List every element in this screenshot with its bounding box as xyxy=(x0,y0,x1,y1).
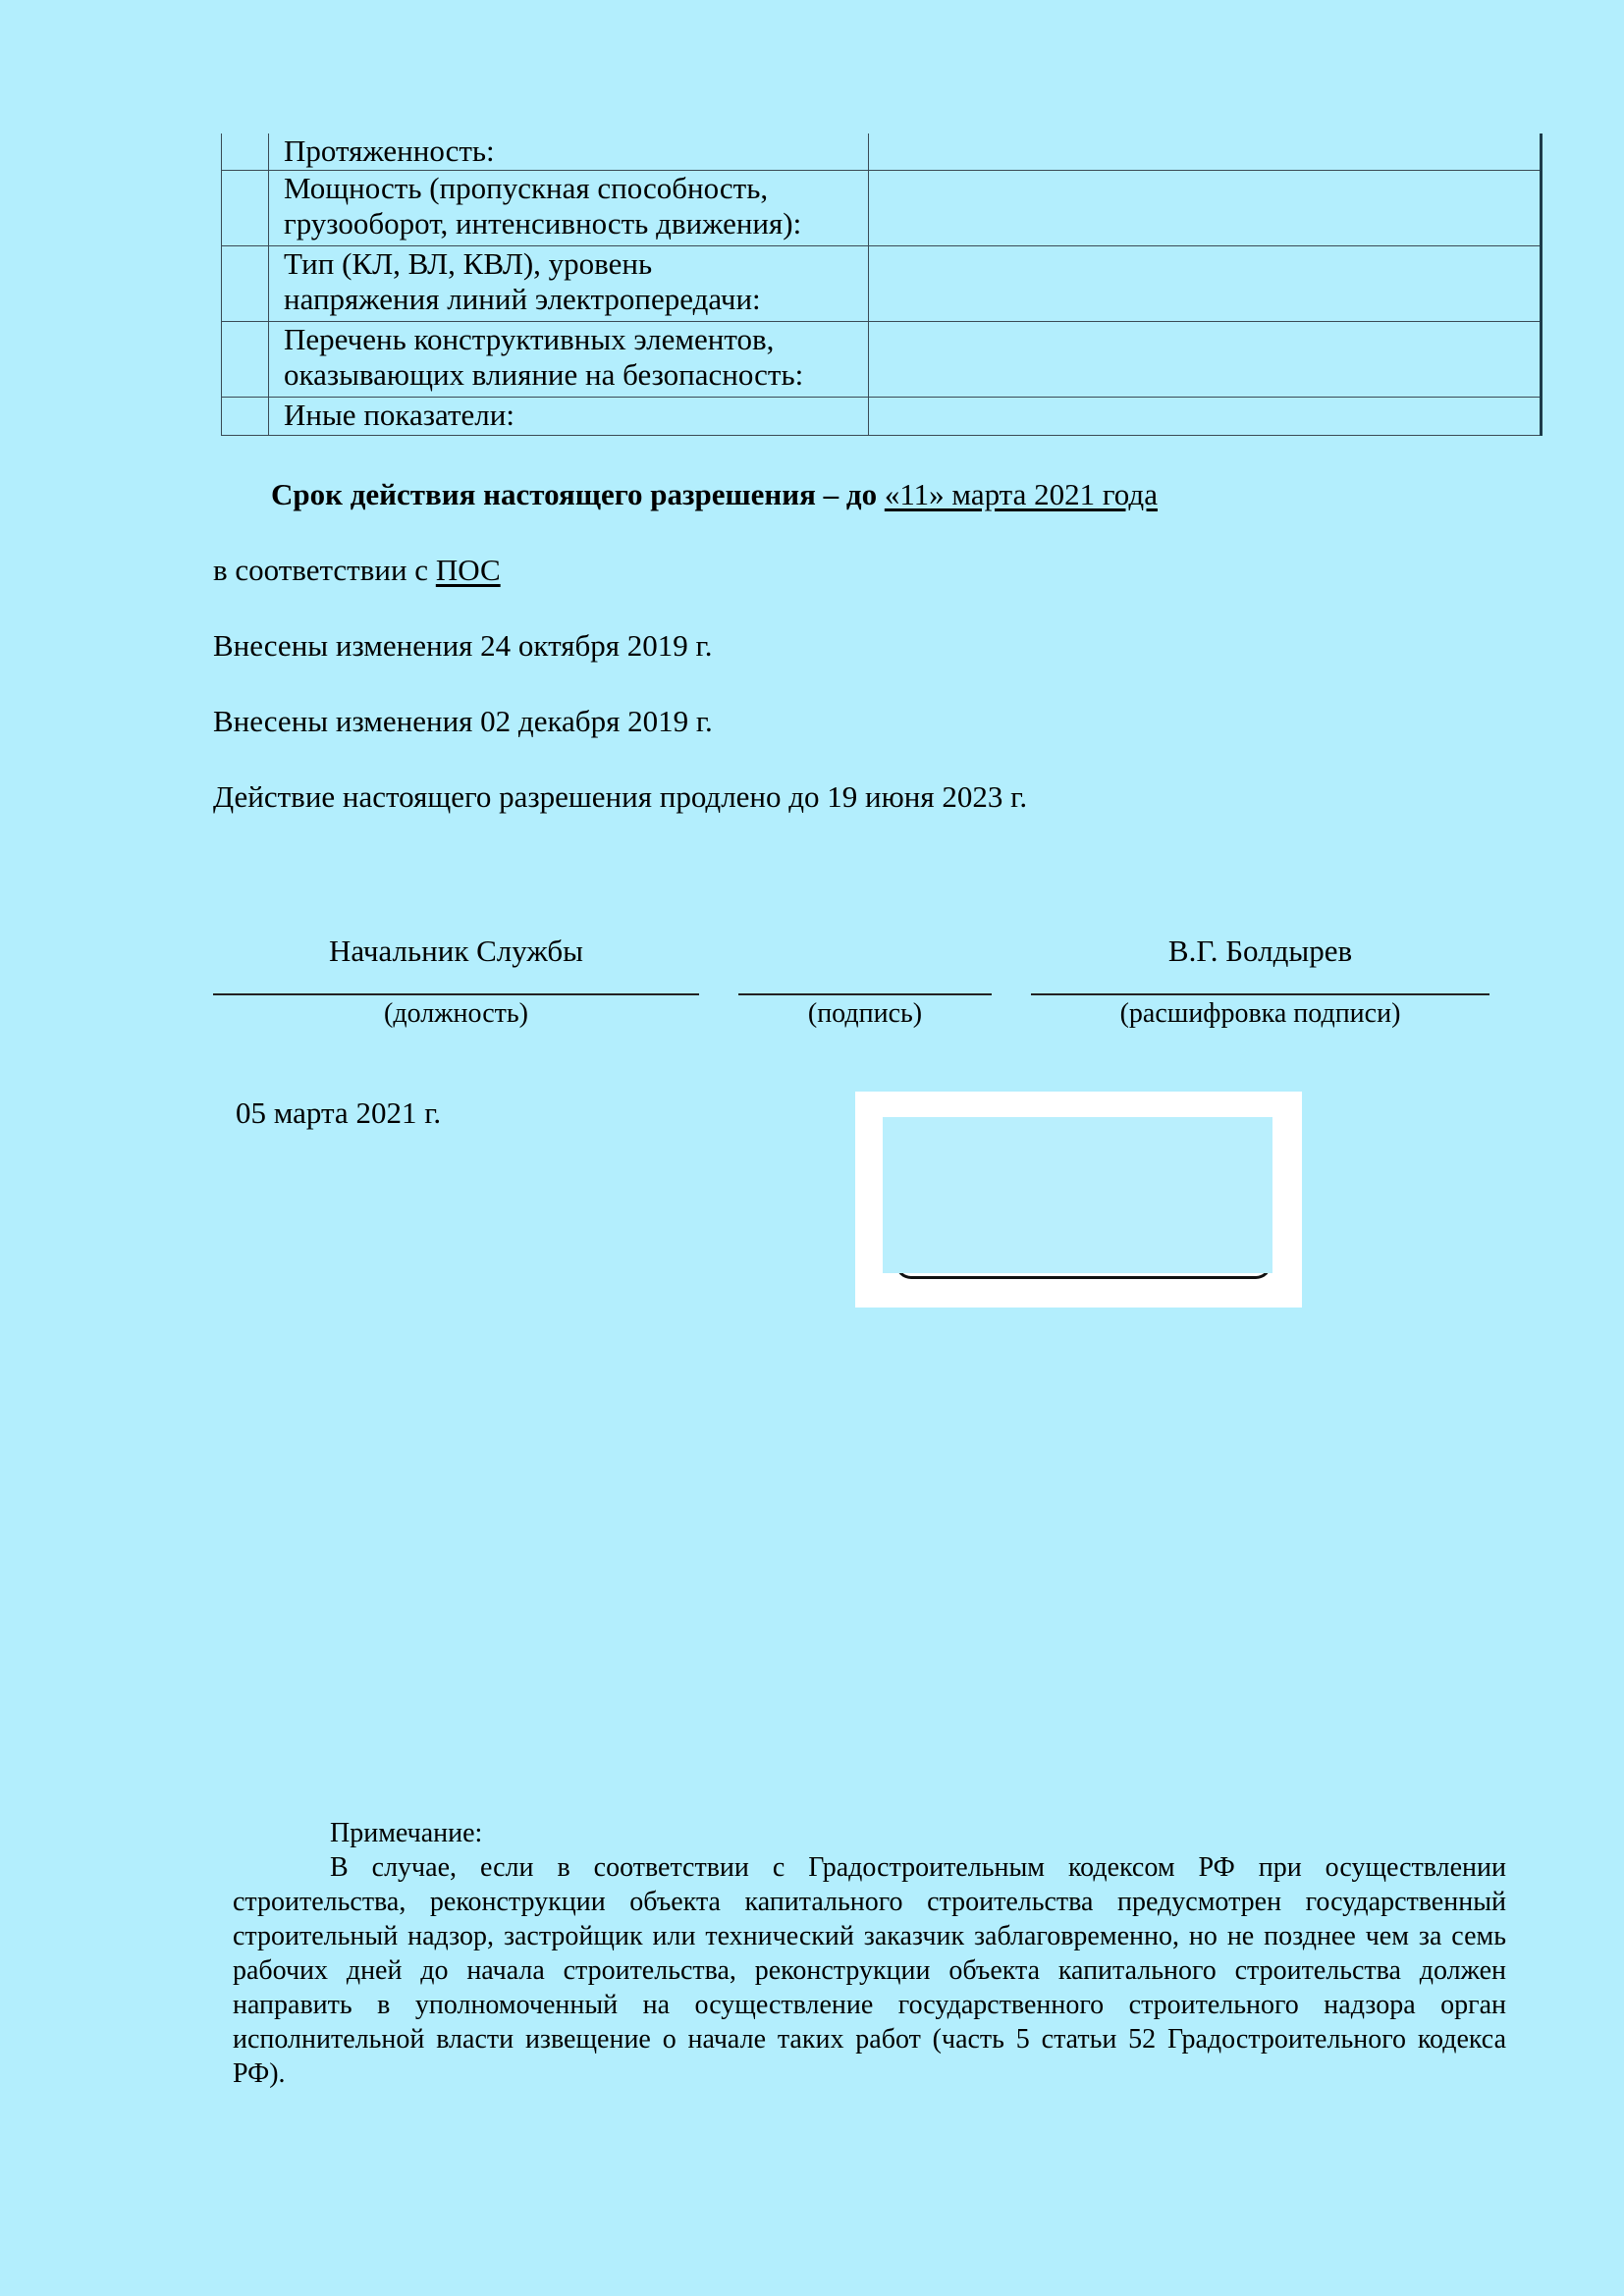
row-label-cell: Тип (КЛ, ВЛ, КВЛ), уровень напряжения ли… xyxy=(269,246,869,322)
row-label-cell: Протяженность: xyxy=(269,133,869,171)
note-text: В случае, если в соответствии с Градостр… xyxy=(233,1850,1506,2091)
validity-date: «11» марта 2021 года xyxy=(885,477,1158,511)
signature-line xyxy=(738,993,992,995)
row-label-cell: Перечень конструктивных элементов, оказы… xyxy=(269,322,869,398)
row-label-line: напряжения линий электропередачи: xyxy=(284,282,868,317)
amendment-line: Внесены изменения 02 декабря 2019 г. xyxy=(213,704,713,739)
row-number-cell xyxy=(222,133,269,171)
issue-date: 05 марта 2021 г. xyxy=(236,1095,441,1131)
row-value-cell xyxy=(869,171,1542,246)
row-value-cell xyxy=(869,398,1542,436)
table-row: Тип (КЛ, ВЛ, КВЛ), уровень напряжения ли… xyxy=(222,246,1542,322)
row-number-cell xyxy=(222,171,269,246)
table-row: Перечень конструктивных элементов, оказы… xyxy=(222,322,1542,398)
row-value-cell xyxy=(869,322,1542,398)
row-label-cell: Мощность (пропускная способность, грузоо… xyxy=(269,171,869,246)
validity-statement: Срок действия настоящего разрешения – до… xyxy=(271,477,1158,512)
parameters-table: Протяженность: Мощность (пропускная спос… xyxy=(221,133,1543,436)
signature-label: (подпись) xyxy=(738,998,992,1030)
row-value-cell xyxy=(869,246,1542,322)
position-line xyxy=(213,993,699,995)
row-label-line: Мощность (пропускная способность, xyxy=(284,171,868,206)
row-value-cell xyxy=(869,133,1542,171)
table-row: Протяженность: xyxy=(222,133,1542,171)
position-label: (должность) xyxy=(213,998,699,1030)
amendment-line: Внесены изменения 24 октября 2019 г. xyxy=(213,628,712,664)
note-block: Примечание: В случае, если в соответстви… xyxy=(233,1816,1506,2091)
validity-prefix: Срок действия настоящего разрешения – до xyxy=(271,477,885,511)
row-number-cell xyxy=(222,322,269,398)
name-label: (расшифровка подписи) xyxy=(1031,998,1489,1030)
basis-statement: в соответствии с ПОС xyxy=(213,553,501,588)
stamp-redaction xyxy=(883,1117,1272,1273)
name-line xyxy=(1031,993,1489,995)
table-row: Иные показатели: xyxy=(222,398,1542,436)
row-label-line: Тип (КЛ, ВЛ, КВЛ), уровень xyxy=(284,246,868,282)
signer-position: Начальник Службы xyxy=(213,934,699,969)
basis-document: ПОС xyxy=(436,553,501,587)
basis-prefix: в соответствии с xyxy=(213,553,436,587)
extension-line: Действие настоящего разрешения продлено … xyxy=(213,779,1027,815)
row-label-cell: Иные показатели: xyxy=(269,398,869,436)
row-number-cell xyxy=(222,246,269,322)
signer-name: В.Г. Болдырев xyxy=(1031,934,1489,969)
note-title: Примечание: xyxy=(233,1816,1506,1850)
row-label-line: Протяженность: xyxy=(284,133,868,169)
row-label-line: оказывающих влияние на безопасность: xyxy=(284,357,868,393)
row-label-line: грузооборот, интенсивность движения): xyxy=(284,206,868,241)
row-number-cell xyxy=(222,398,269,436)
table-row: Мощность (пропускная способность, грузоо… xyxy=(222,171,1542,246)
row-label-line: Иные показатели: xyxy=(284,398,868,433)
row-label-line: Перечень конструктивных элементов, xyxy=(284,322,868,357)
